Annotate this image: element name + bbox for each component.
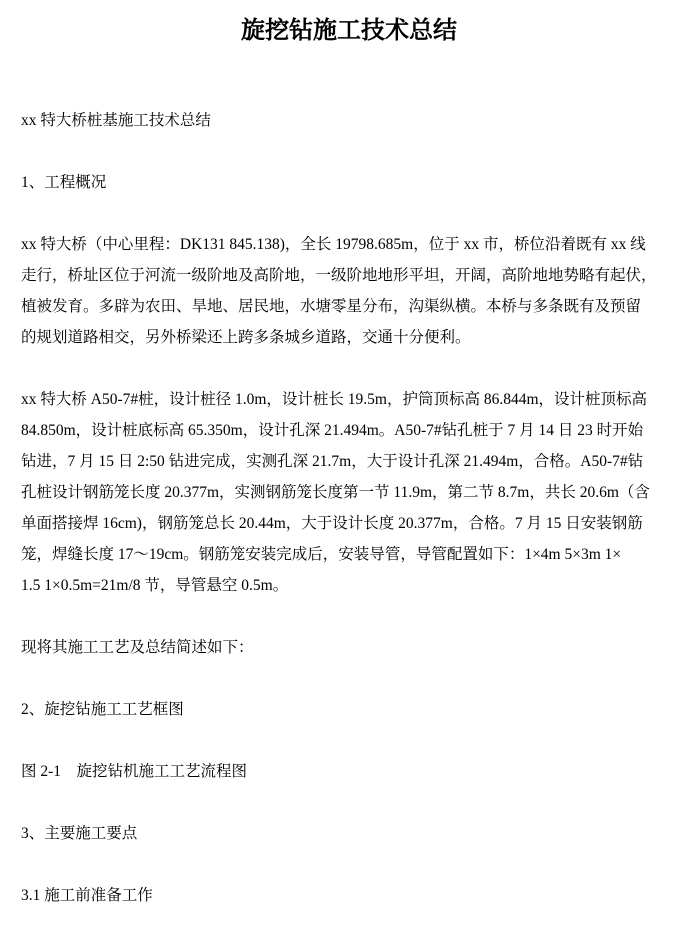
document-text-line: 图 2-1 旋挖钻机施工工艺流程图 xyxy=(21,756,677,787)
document-text-line: 现将其施工工艺及总结简述如下： xyxy=(21,632,677,663)
document-text-line: 孔桩设计钢筋笼长度 20.377m，实测钢筋笼长度第一节 11.9m，第二节 8… xyxy=(21,477,677,508)
document-text-line: 1、工程概况 xyxy=(21,167,677,198)
document-text-line: 笼，焊缝长度 17～19cm。钢筋笼安装完成后，安装导管，导管配置如下：1×4m… xyxy=(21,539,677,570)
document-text-line: 的规划道路相交，另外桥梁还上跨多条城乡道路，交通十分便利。 xyxy=(21,322,677,353)
document-text-line: 2、旋挖钻施工工艺框图 xyxy=(21,694,677,725)
paragraph-gap xyxy=(21,601,677,632)
document-text-line: xx 特大桥（中心里程：DK131 845.138)，全长 19798.685m… xyxy=(21,229,677,260)
document-text-line: 走行，桥址区位于河流一级阶地及高阶地，一级阶地地形平坦，开阔，高阶地地势略有起伏… xyxy=(21,260,677,291)
paragraph-gap xyxy=(21,663,677,694)
document-text-line: 1.5 1×0.5m=21m/8 节，导管悬空 0.5m。 xyxy=(21,570,677,601)
paragraph-gap xyxy=(21,849,677,880)
paragraph-gap xyxy=(21,353,677,384)
document-body: xx 特大桥桩基施工技术总结1、工程概况xx 特大桥（中心里程：DK131 84… xyxy=(21,105,677,911)
paragraph-gap xyxy=(21,787,677,818)
paragraph-gap xyxy=(21,198,677,229)
paragraph-gap xyxy=(21,136,677,167)
document-text-line: 钻进，7 月 15 日 2:50 钻进完成，实测孔深 21.7m，大于设计孔深 … xyxy=(21,446,677,477)
document-text-line: 植被发育。多辟为农田、旱地、居民地，水塘零星分布，沟渠纵横。本桥与多条既有及预留 xyxy=(21,291,677,322)
document-text-line: 3.1 施工前准备工作 xyxy=(21,880,677,911)
document-text-line: 3、主要施工要点 xyxy=(21,818,677,849)
document-text-line: xx 特大桥 A50-7#桩，设计桩径 1.0m，设计桩长 19.5m，护筒顶标… xyxy=(21,384,677,415)
document-text-line: 单面搭接焊 16cm)，钢筋笼总长 20.44m，大于设计长度 20.377m，… xyxy=(21,508,677,539)
document-text-line: 84.850m，设计桩底标高 65.350m，设计孔深 21.494m。A50-… xyxy=(21,415,677,446)
document-page: 旋挖钻施工技术总结 xx 特大桥桩基施工技术总结1、工程概况xx 特大桥（中心里… xyxy=(0,0,698,925)
paragraph-gap xyxy=(21,725,677,756)
document-title: 旋挖钻施工技术总结 xyxy=(21,0,677,47)
document-text-line: xx 特大桥桩基施工技术总结 xyxy=(21,105,677,136)
